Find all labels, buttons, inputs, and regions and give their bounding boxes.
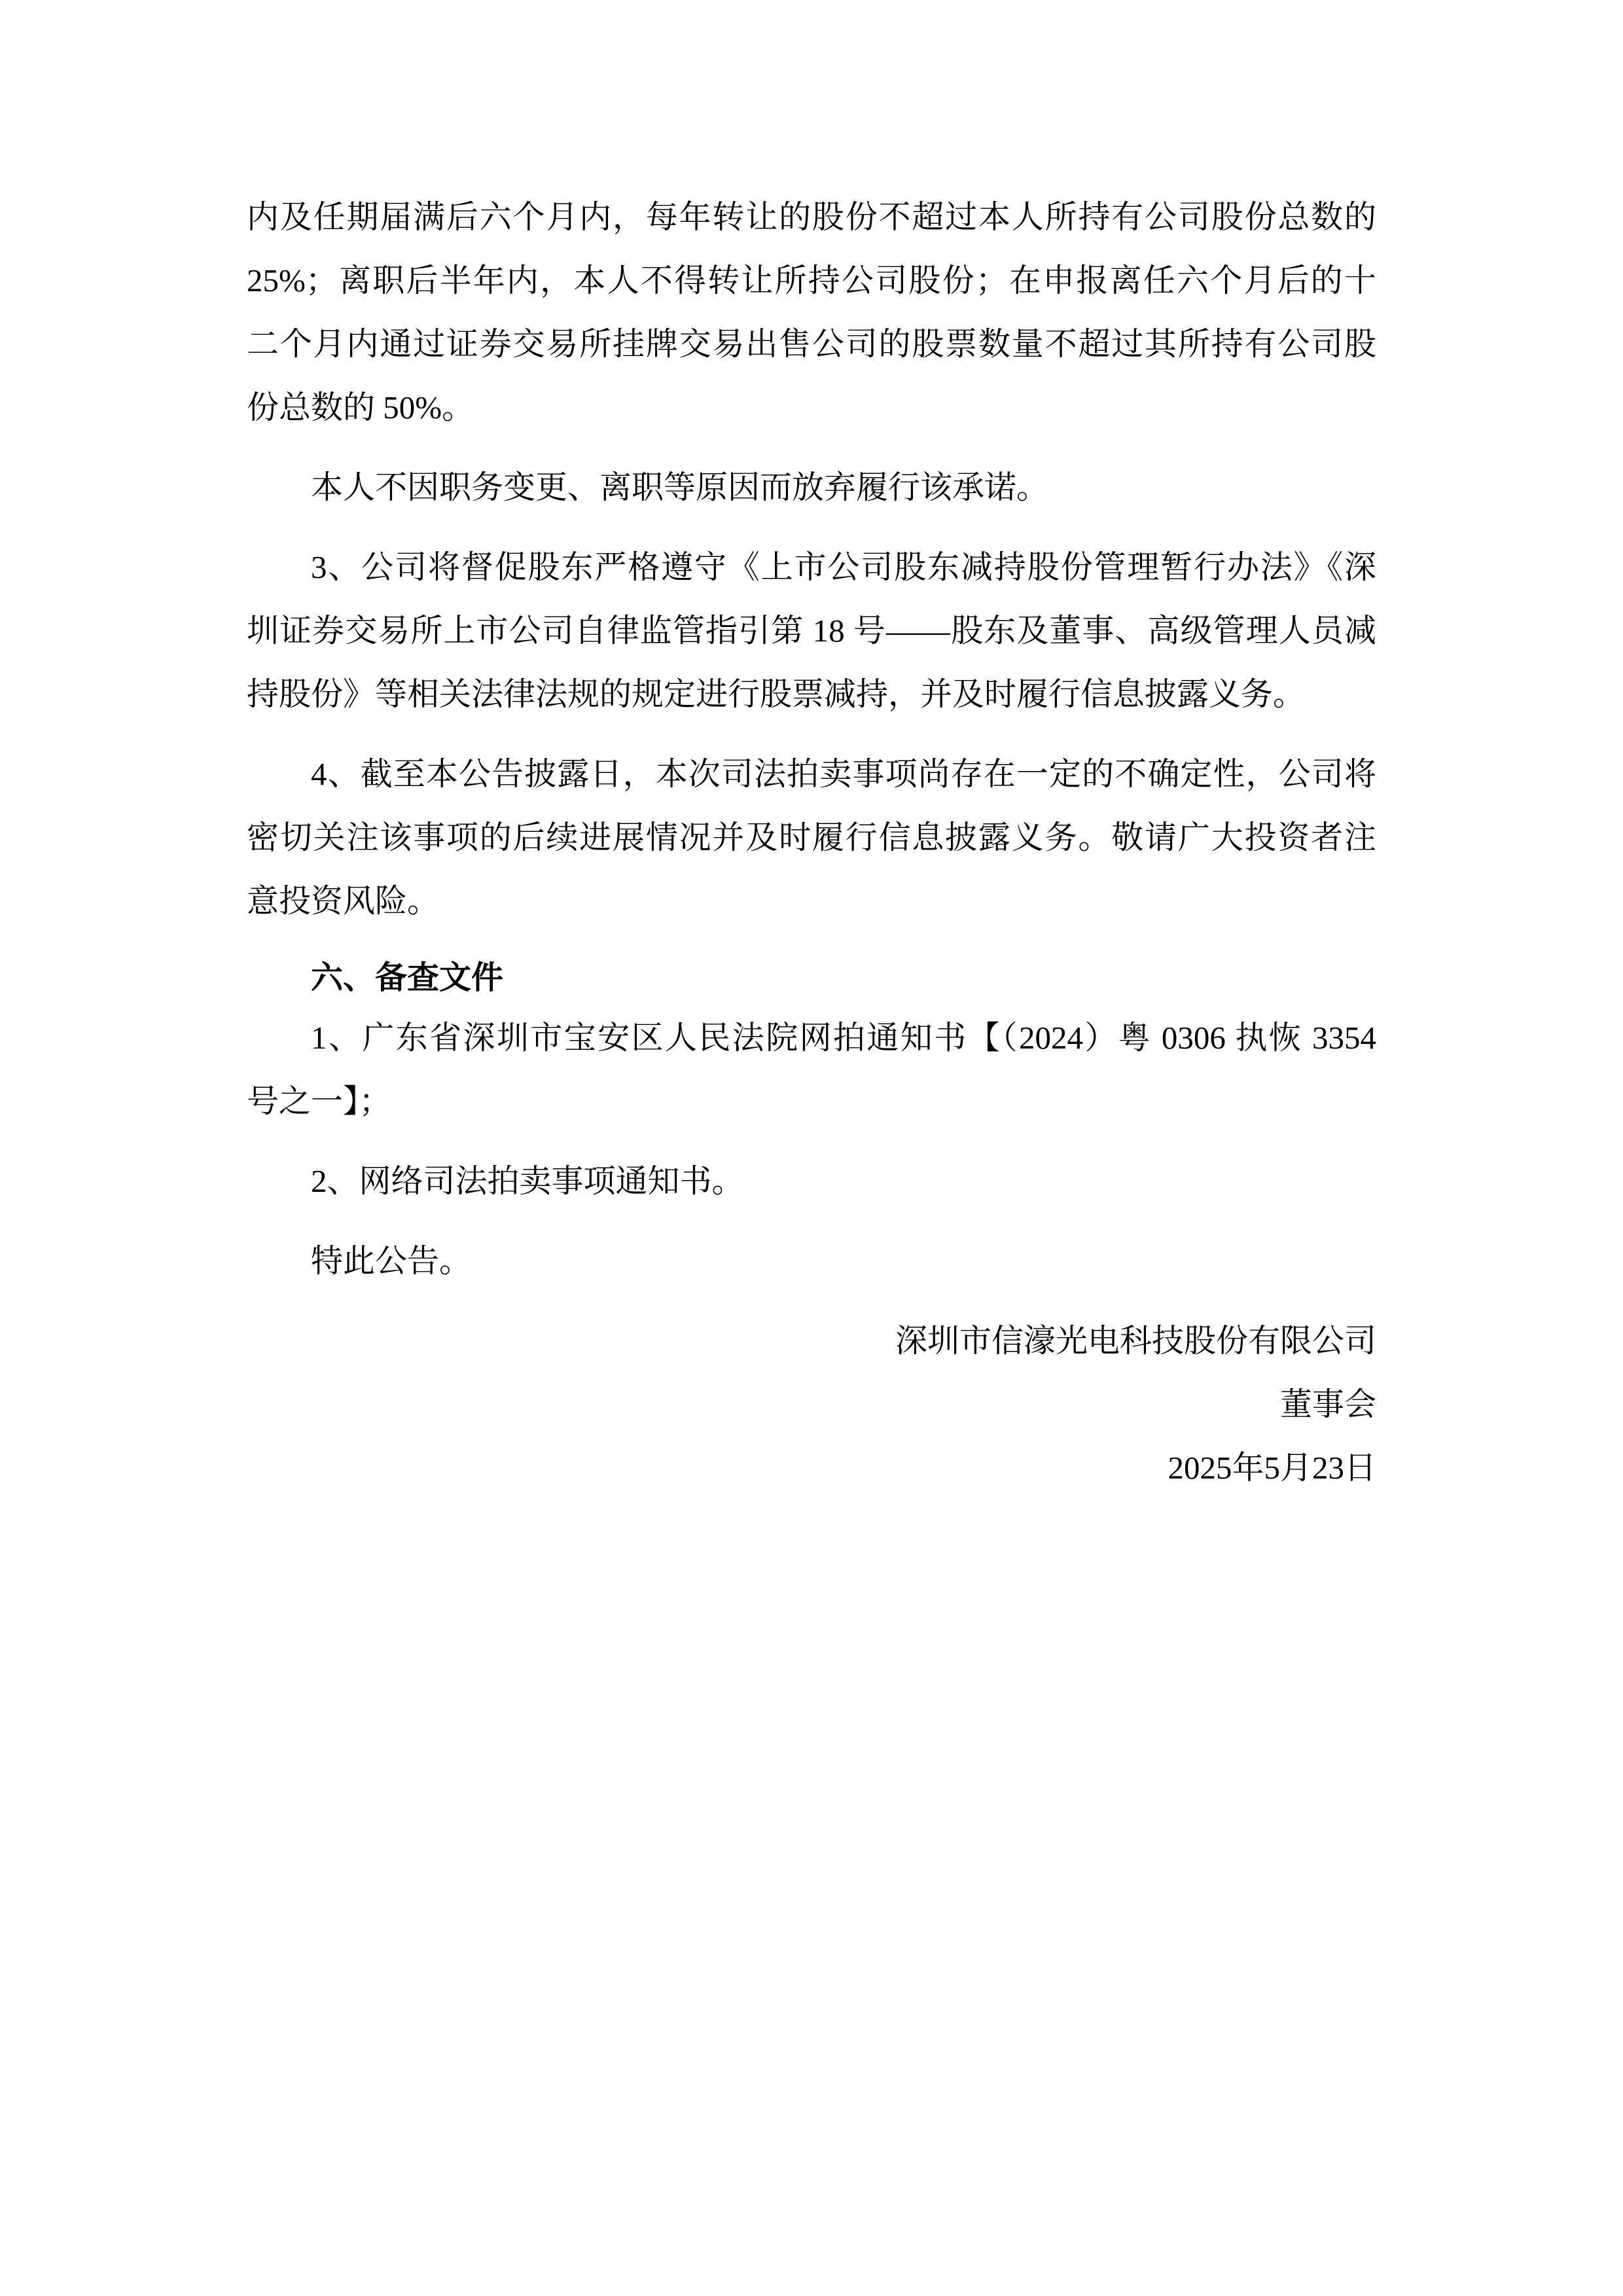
text-line: 意投资风险。: [247, 869, 1376, 933]
text-line: 密切关注该事项的后续进展情况并及时履行信息披露义务。敬请广大投资者注: [247, 806, 1376, 869]
signature-date: 2025年5月23日: [247, 1436, 1376, 1499]
heading-text: 六、备查文件: [247, 949, 1376, 1006]
paragraph-item-1-court-notice: 1、广东省深圳市宝安区人民法院网拍通知书【（2024）粤 0306 执恢 335…: [247, 1006, 1376, 1133]
text-line: 二个月内通过证券交易所挂牌交易出售公司的股票数量不超过其所持有公司股: [247, 312, 1376, 376]
text-line: 本人不因职务变更、离职等原因而放弃履行该承诺。: [247, 456, 1376, 519]
text-line: 特此公告。: [247, 1229, 1376, 1293]
paragraph-item-4-uncertainty: 4、截至本公告披露日，本次司法拍卖事项尚存在一定的不确定性，公司将 密切关注该事…: [247, 742, 1376, 933]
signature-block: 深圳市信濠光电科技股份有限公司 董事会 2025年5月23日: [247, 1309, 1376, 1499]
announcement-body: 内及任期届满后六个月内，每年转让的股份不超过本人所持有公司股份总数的 25%；离…: [247, 185, 1376, 1499]
text-line: 25%；离职后半年内，本人不得转让所持公司股份；在申报离任六个月后的十: [247, 249, 1376, 312]
text-line: 圳证券交易所上市公司自律监管指引第 18 号——股东及董事、高级管理人员减: [247, 599, 1376, 662]
text-line: 内及任期届满后六个月内，每年转让的股份不超过本人所持有公司股份总数的: [247, 185, 1376, 249]
text-line: 号之一】；: [247, 1069, 1376, 1133]
text-line: 持股份》等相关法律法规的规定进行股票减持，并及时履行信息披露义务。: [247, 662, 1376, 726]
text-line: 3、公司将督促股东严格遵守《上市公司股东减持股份管理暂行办法》《深: [247, 535, 1376, 599]
paragraph-item-3-compliance: 3、公司将督促股东严格遵守《上市公司股东减持股份管理暂行办法》《深 圳证券交易所…: [247, 535, 1376, 726]
signature-company-name: 深圳市信濠光电科技股份有限公司: [247, 1309, 1376, 1372]
paragraph-item-2-auction-notice: 2、网络司法拍卖事项通知书。: [247, 1149, 1376, 1213]
text-line: 2、网络司法拍卖事项通知书。: [247, 1149, 1376, 1213]
paragraph-closing-statement: 特此公告。: [247, 1229, 1376, 1293]
signature-board-of-directors: 董事会: [247, 1372, 1376, 1436]
text-line: 份总数的 50%。: [247, 376, 1376, 439]
announcement-page: 内及任期届满后六个月内，每年转让的股份不超过本人所持有公司股份总数的 25%；离…: [0, 0, 1623, 2296]
section-heading-reference-documents: 六、备查文件: [247, 949, 1376, 1006]
text-line: 1、广东省深圳市宝安区人民法院网拍通知书【（2024）粤 0306 执恢 335…: [247, 1006, 1376, 1069]
text-line: 4、截至本公告披露日，本次司法拍卖事项尚存在一定的不确定性，公司将: [247, 742, 1376, 806]
paragraph-commitment-no-waiver: 本人不因职务变更、离职等原因而放弃履行该承诺。: [247, 456, 1376, 519]
paragraph-share-transfer-limits: 内及任期届满后六个月内，每年转让的股份不超过本人所持有公司股份总数的 25%；离…: [247, 185, 1376, 439]
